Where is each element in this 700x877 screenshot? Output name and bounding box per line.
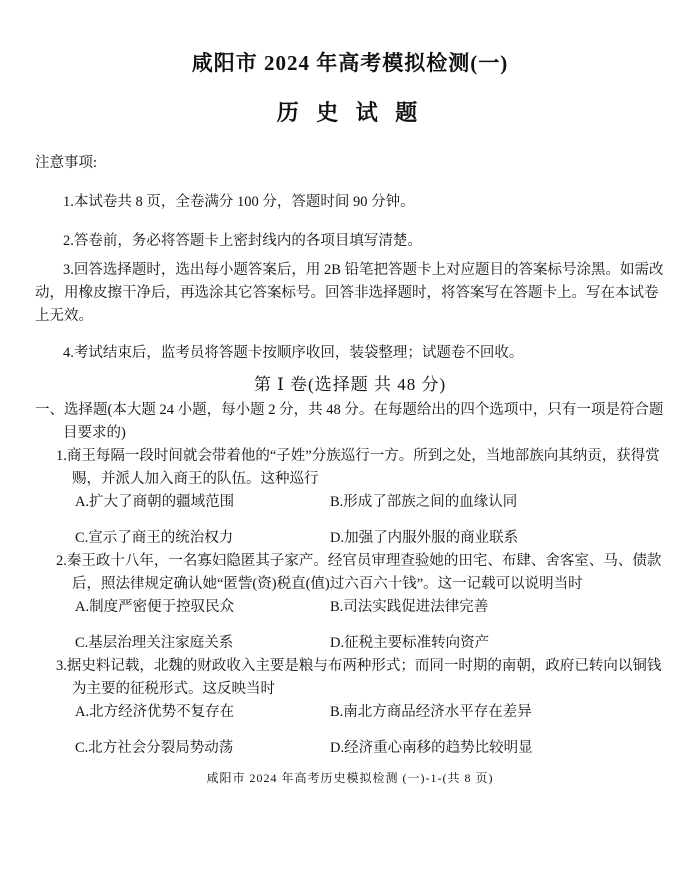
notice-heading: 注意事项: [35, 152, 665, 175]
question-1-options-row-cd: C.宣示了商王的统治权力 D.加强了内服外服的商业联系 [35, 527, 665, 550]
question-1-option-a: A.扩大了商朝的疆域范围 [75, 491, 330, 514]
question-3-option-d: D.经济重心南移的趋势比较明显 [330, 737, 533, 760]
question-3-stem: 3.据史料记载，北魏的财政收入主要是粮与布两种形式；而同一时期的南朝，政府已转向… [35, 655, 665, 701]
question-1-stem: 1.商王每隔一段时间就会带着他的“子姓”分族巡行一方。所到之处，当地部族向其纳贡… [35, 445, 665, 491]
question-2-stem: 2.秦王政十八年，一名寡妇隐匿其子家产。经官员审理查验她的田宅、布肆、舍客室、马… [35, 550, 665, 596]
page-footer: 咸阳市 2024 年高考历史模拟检测 (一)-1-(共 8 页) [35, 769, 665, 787]
question-1-option-c: C.宣示了商王的统治权力 [75, 527, 330, 550]
question-3-options-row-ab: A.北方经济优势不复存在 B.南北方商品经济水平存在差异 [35, 701, 665, 724]
question-1-option-b: B.形成了部族之间的血缘认同 [330, 491, 517, 514]
question-2-options-row-ab: A.制度严密便于控驭民众 B.司法实践促进法律完善 [35, 596, 665, 619]
question-2-option-b: B.司法实践促进法律完善 [330, 596, 488, 619]
section-intro: 一、选择题(本大题 24 小题，每小题 2 分，共 48 分。在每题给出的四个选… [35, 399, 665, 445]
question-1-option-d: D.加强了内服外服的商业联系 [330, 527, 518, 550]
question-2-options-row-cd: C.基层治理关注家庭关系 D.征税主要标准转向资产 [35, 632, 665, 655]
question-1-options-row-ab: A.扩大了商朝的疆域范围 B.形成了部族之间的血缘认同 [35, 491, 665, 514]
question-2: 2.秦王政十八年，一名寡妇隐匿其子家产。经官员审理查验她的田宅、布肆、舍客室、马… [35, 550, 665, 655]
section-title: 第 Ⅰ 卷(选择题 共 48 分) [35, 373, 665, 397]
exam-title: 咸阳市 2024 年高考模拟检测(一) [35, 48, 665, 78]
notice-item-2: 2.答卷前，务必将答题卡上密封线内的各项目填写清楚。 [35, 230, 665, 253]
exam-paper-page: 咸阳市 2024 年高考模拟检测(一) 历 史 试 题 注意事项: 1.本试卷共… [0, 0, 700, 877]
question-1: 1.商王每隔一段时间就会带着他的“子姓”分族巡行一方。所到之处，当地部族向其纳贡… [35, 445, 665, 550]
question-2-option-d: D.征税主要标准转向资产 [330, 632, 489, 655]
notice-item-3: 3.回答选择题时，选出每小题答案后，用 2B 铅笔把答题卡上对应题目的答案标号涂… [35, 259, 665, 328]
notice-item-4: 4.考试结束后，监考员将答题卡按顺序收回，装袋整理；试题卷不回收。 [35, 342, 665, 365]
question-2-option-c: C.基层治理关注家庭关系 [75, 632, 330, 655]
question-3-options-row-cd: C.北方社会分裂局势动荡 D.经济重心南移的趋势比较明显 [35, 737, 665, 760]
question-3-option-c: C.北方社会分裂局势动荡 [75, 737, 330, 760]
exam-subject-title: 历 史 试 题 [35, 98, 665, 128]
question-3-option-a: A.北方经济优势不复存在 [75, 701, 330, 724]
notice-item-1: 1.本试卷共 8 页，全卷满分 100 分，答题时间 90 分钟。 [35, 191, 665, 214]
question-3: 3.据史料记载，北魏的财政收入主要是粮与布两种形式；而同一时期的南朝，政府已转向… [35, 655, 665, 760]
question-2-option-a: A.制度严密便于控驭民众 [75, 596, 330, 619]
question-3-option-b: B.南北方商品经济水平存在差异 [330, 701, 532, 724]
